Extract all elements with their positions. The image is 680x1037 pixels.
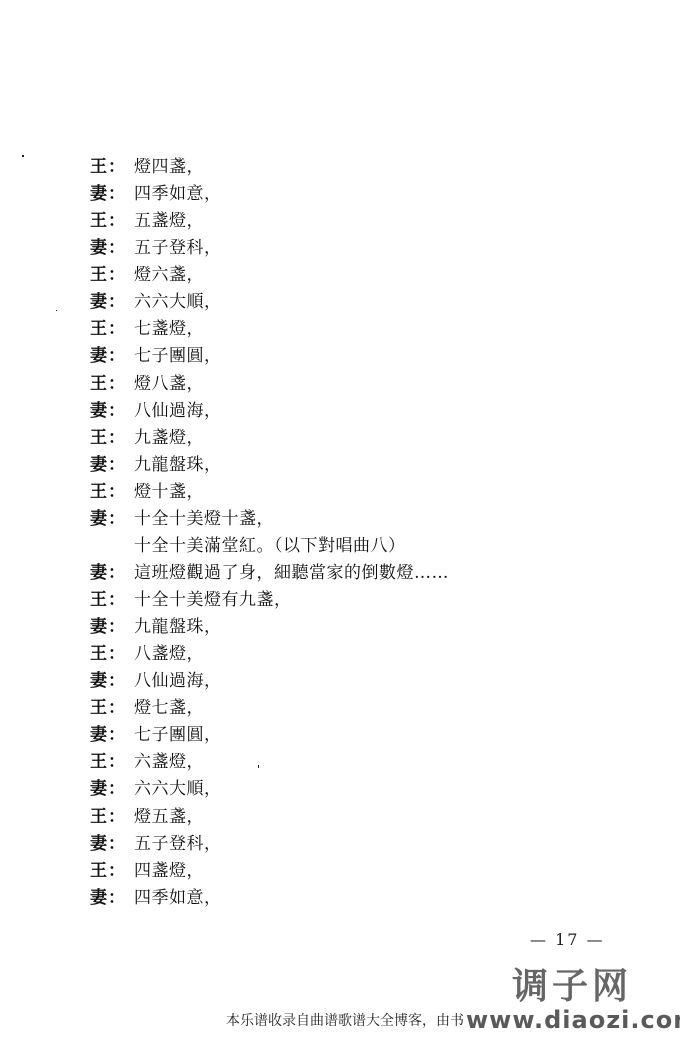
speaker-label: 王：: [90, 587, 134, 614]
lyric-text: 七子團圓，: [134, 343, 222, 370]
dialogue-line: 妻：六六大順，: [90, 776, 449, 803]
dialogue-line: 王：五盞燈，: [90, 208, 449, 235]
speaker-label: 王：: [90, 804, 134, 831]
dialogue-line: 妻：八仙過海，: [90, 668, 449, 695]
dialogue-line: 妻：四季如意，: [90, 181, 449, 208]
dialogue-line: 妻：七子團圓，: [90, 343, 449, 370]
dialogue-line: 妻：四季如意，: [90, 885, 449, 912]
lyric-text: 九盞燈，: [134, 425, 204, 452]
lyric-text: 燈五盞，: [134, 804, 204, 831]
dialogue-line: 王：九盞燈，: [90, 425, 449, 452]
dialogue-line: 妻：六六大順，: [90, 289, 449, 316]
speaker-label: 妻：: [90, 614, 134, 641]
lyric-text: 六六大順，: [134, 289, 222, 316]
dialogue-line: 妻：八仙過海，: [90, 398, 449, 425]
lyric-text: 燈四盞，: [134, 154, 204, 181]
speaker-label: 王：: [90, 858, 134, 885]
dialogue-line: 妻：九龍盤珠，: [90, 614, 449, 641]
speaker-label: 妻：: [90, 885, 134, 912]
speaker-label: 妻：: [90, 560, 134, 587]
dialogue-line: 王：燈六盞，: [90, 262, 449, 289]
speaker-label: 妻：: [90, 289, 134, 316]
dialogue-line: 王：燈十盞，: [90, 479, 449, 506]
speaker-label: 妻：: [90, 181, 134, 208]
lyric-text: 八仙過海，: [134, 668, 222, 695]
speaker-label: 王：: [90, 316, 134, 343]
lyric-text: 七子團圓，: [134, 722, 222, 749]
speaker-label: 王：: [90, 479, 134, 506]
speaker-label: 王：: [90, 641, 134, 668]
scan-speck: [22, 155, 24, 157]
dialogue-line: 王：七盞燈，: [90, 316, 449, 343]
speaker-label: 王：: [90, 425, 134, 452]
watermark-note: 本乐谱收录自曲谱歌谱大全博客，由书: [226, 1010, 464, 1030]
speaker-label: 妻：: [90, 831, 134, 858]
dialogue-line: 妻：這班燈觀過了身，細聽當家的倒數燈……: [90, 560, 449, 587]
dialogue-line: 王：燈四盞，: [90, 154, 449, 181]
lyric-text: 四季如意，: [134, 885, 222, 912]
lyric-text: 七盞燈，: [134, 316, 204, 343]
watermark-footer: 本乐谱收录自曲谱歌谱大全博客，由书 www.diaozi.com: [226, 1006, 680, 1034]
lyric-text: 燈七盞，: [134, 695, 204, 722]
speaker-label: 妻：: [90, 668, 134, 695]
speaker-label: 妻：: [90, 452, 134, 479]
lyric-text: 六六大順，: [134, 776, 222, 803]
dialogue-line: 妻：九龍盤珠，: [90, 452, 449, 479]
dialogue-line: 妻：七子團圓，: [90, 722, 449, 749]
dialogue-lines: 王：燈四盞， 妻：四季如意， 王：五盞燈， 妻：五子登科， 王：燈六盞， 妻：六…: [90, 154, 449, 912]
lyric-text: 燈六盞，: [134, 262, 204, 289]
watermark-url: www.diaozi.com: [466, 1006, 680, 1034]
dialogue-line: 王：六盞燈，: [90, 749, 449, 776]
lyric-text: 燈十盞，: [134, 479, 204, 506]
speaker-label: 妻：: [90, 506, 134, 533]
watermark-logo: 调子网: [512, 958, 632, 1009]
lyric-text: 五子登科，: [134, 235, 222, 262]
dialogue-line: 王：燈五盞，: [90, 804, 449, 831]
speaker-label: 王：: [90, 695, 134, 722]
lyric-text: 十全十美燈十盞，: [134, 506, 274, 533]
speaker-label: 妻：: [90, 722, 134, 749]
lyric-text: 這班燈觀過了身，細聽當家的倒數燈……: [134, 560, 449, 587]
lyric-text: 四盞燈，: [134, 858, 204, 885]
speaker-label: 妻：: [90, 343, 134, 370]
speaker-label: 王：: [90, 749, 134, 776]
lyric-text: 五盞燈，: [134, 208, 204, 235]
page-number: — 17 —: [530, 930, 605, 949]
speaker-label: 王：: [90, 154, 134, 181]
lyric-text: 十全十美燈有九盞，: [134, 587, 292, 614]
speaker-label: 妻：: [90, 235, 134, 262]
lyric-text: 八仙過海，: [134, 398, 222, 425]
lyric-text: 五子登科，: [134, 831, 222, 858]
speaker-label: 妻：: [90, 776, 134, 803]
dialogue-line: 王：燈七盞，: [90, 695, 449, 722]
lyric-text: 八盞燈，: [134, 641, 204, 668]
dialogue-line: 王：八盞燈，: [90, 641, 449, 668]
speaker-label: 王：: [90, 371, 134, 398]
lyric-text: 六盞燈，: [134, 749, 204, 776]
dialogue-line: 王：燈八盞，: [90, 371, 449, 398]
dialogue-line: 王：十全十美燈有九盞，: [90, 587, 449, 614]
dialogue-line: 妻：十全十美燈十盞，: [90, 506, 449, 533]
scanned-page: 王：燈四盞， 妻：四季如意， 王：五盞燈， 妻：五子登科， 王：燈六盞， 妻：六…: [0, 0, 680, 1037]
dialogue-line: 王：四盞燈，: [90, 858, 449, 885]
lyric-text: 十全十美滿堂紅。（以下對唱曲八）: [134, 533, 406, 560]
lyric-text: 九龍盤珠，: [134, 452, 222, 479]
scan-speck: [56, 310, 57, 311]
lyric-text: 九龍盤珠，: [134, 614, 222, 641]
lyric-text: 四季如意，: [134, 181, 222, 208]
dialogue-line-continuation: 妻：十全十美滿堂紅。（以下對唱曲八）: [90, 533, 449, 560]
dialogue-line: 妻：五子登科，: [90, 235, 449, 262]
speaker-label: 王：: [90, 208, 134, 235]
dialogue-line: 妻：五子登科，: [90, 831, 449, 858]
speaker-label: 妻：: [90, 398, 134, 425]
lyric-text: 燈八盞，: [134, 371, 204, 398]
speaker-label: 王：: [90, 262, 134, 289]
